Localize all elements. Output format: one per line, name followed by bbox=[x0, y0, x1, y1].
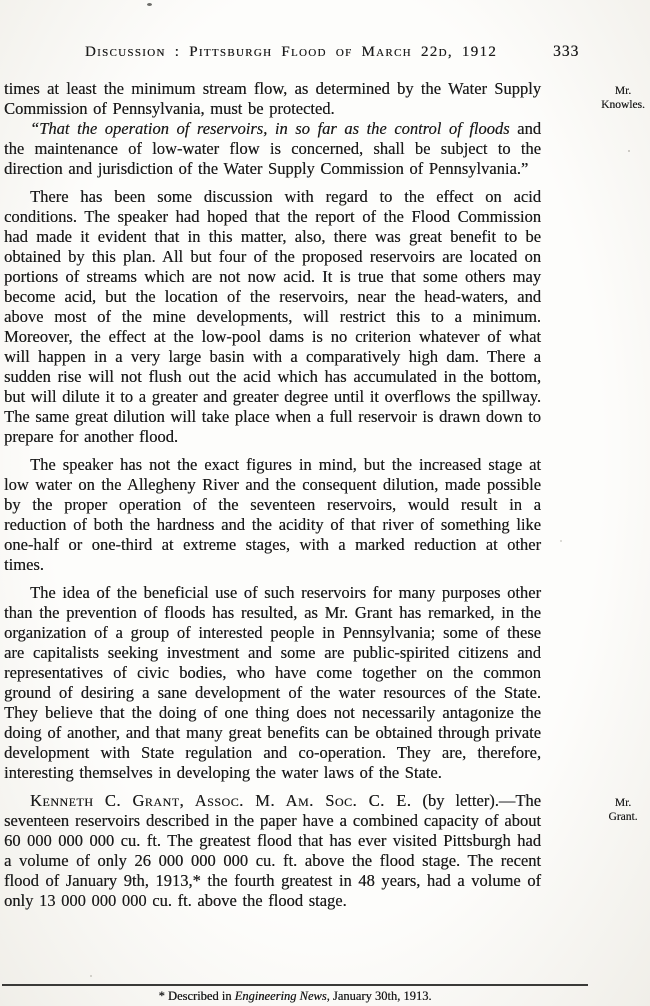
text-segment: The speaker has not the exact figures in… bbox=[4, 455, 541, 574]
margin-note: Mr.Grant. bbox=[593, 797, 650, 824]
text-segment: Engineering News bbox=[235, 989, 327, 1003]
scan-speck bbox=[560, 540, 562, 542]
running-head-title: Discussion : Pittsburgh Flood of March 2… bbox=[0, 44, 582, 61]
scan-speck bbox=[90, 975, 92, 977]
footnote-rule bbox=[2, 984, 588, 986]
paragraph: There has been some discussion with rega… bbox=[4, 187, 541, 447]
text-segment: Kenneth C. Grant, Assoc. M. Am. Soc. C. … bbox=[30, 791, 411, 810]
paragraph: The speaker has not the exact figures in… bbox=[4, 455, 541, 575]
margin-note-line: Mr. bbox=[593, 85, 650, 99]
text-segment: “That the operation of reservoirs, in so… bbox=[30, 119, 517, 138]
margin-note-line: Mr. bbox=[593, 797, 650, 811]
text-segment: , January 30th, 1913. bbox=[327, 989, 432, 1003]
paragraph: times at least the minimum stream flow, … bbox=[4, 79, 541, 119]
text-segment: The idea of the beneficial use of such r… bbox=[4, 583, 541, 782]
paragraph: The idea of the beneficial use of such r… bbox=[4, 583, 541, 783]
text-segment: There has been some discussion with rega… bbox=[4, 187, 541, 446]
text-segment: * Described in bbox=[159, 989, 235, 1003]
page-number: 333 bbox=[553, 43, 579, 61]
margin-note: Mr.Knowles. bbox=[593, 85, 650, 112]
scan-speck bbox=[628, 150, 630, 152]
scanned-page: Discussion : Pittsburgh Flood of March 2… bbox=[0, 0, 650, 1006]
body-text: times at least the minimum stream flow, … bbox=[4, 79, 541, 911]
footnote: * Described in Engineering News, January… bbox=[2, 984, 588, 1003]
margin-note-line: Grant. bbox=[593, 811, 650, 825]
margin-note-line: Knowles. bbox=[593, 99, 650, 113]
footnote-text: * Described in Engineering News, January… bbox=[2, 989, 588, 1003]
paragraph: Kenneth C. Grant, Assoc. M. Am. Soc. C. … bbox=[4, 791, 541, 911]
text-segment: times at least the minimum stream flow, … bbox=[4, 79, 541, 118]
paragraph: “That the operation of reservoirs, in so… bbox=[4, 119, 541, 179]
scan-speck bbox=[147, 3, 152, 6]
